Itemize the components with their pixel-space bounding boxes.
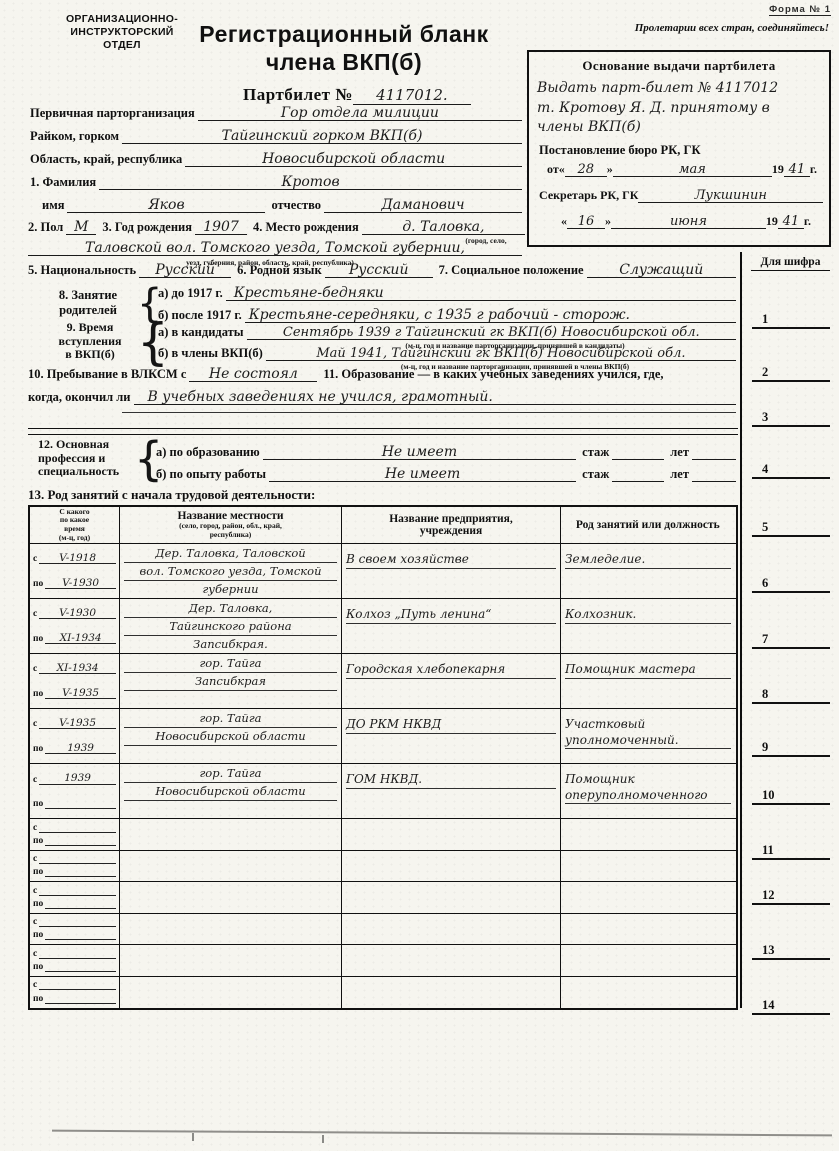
komsomol-value: Не состоял xyxy=(189,367,317,382)
field-surname: 1. Фамилия Кротов xyxy=(30,175,522,190)
birth-place-value: д. Таловка, xyxy=(362,220,525,235)
candidate-label: а) в кандидаты xyxy=(158,325,247,340)
surname-label: 1. Фамилия xyxy=(30,175,99,190)
registration-form-page: ОРГАНИЗАЦИОННО- ИНСТРУКТОРСКИЙ ОТДЕЛ Фор… xyxy=(0,0,839,1151)
field-raikom: Райком, горком Тайгинский горком ВКП(б) xyxy=(30,129,522,144)
joining-label-line2: вступления xyxy=(42,335,138,349)
profession-exp-label: б) по опыту работы xyxy=(156,467,269,482)
profession-label-line3: специальность xyxy=(38,465,138,479)
table-row: сV-1930 поXI-1934 Дер. Таловка, Тайгинск… xyxy=(30,599,736,654)
education-value: В учебных заведениях не учился, грамотны… xyxy=(134,390,736,405)
cipher-number: 8 xyxy=(752,687,830,704)
dept-header: ОРГАНИЗАЦИОННО- ИНСТРУКТОРСКИЙ ОТДЕЛ xyxy=(52,13,192,52)
birth-year-label: 3. Год рождения xyxy=(96,220,195,235)
cipher-number: 11 xyxy=(752,843,830,860)
occupation-cell: Помощник оперуполномоченного xyxy=(561,764,735,818)
to-value: XI-1934 xyxy=(45,633,116,645)
time-cell: сXI-1934 поV-1935 xyxy=(30,654,120,708)
time-cell: сV-1918 поV-1930 xyxy=(30,544,120,598)
member-row: б) в члены ВКП(б) Май 1941, Тайгинский г… xyxy=(158,346,736,361)
table-row-empty: с по xyxy=(30,977,736,1009)
cipher-number: 12 xyxy=(752,888,830,905)
place-cell: Дер. Таловка, Таловской вол. Томского уе… xyxy=(120,544,342,598)
member-value: Май 1941, Тайгинский гк ВКП(б) Новосибир… xyxy=(266,347,736,361)
field-oblast: Область, край, республика Новосибирской … xyxy=(30,152,522,167)
occupation-cell: Земледелие. xyxy=(561,544,735,598)
joining-label-line1: 9. Время xyxy=(42,321,138,335)
native-lang-label: 6. Родной язык xyxy=(231,263,325,278)
po-label: по xyxy=(33,689,43,699)
education-label1: 11. Образование — в каких учебных заведе… xyxy=(317,367,666,382)
field-primary-org: Первичная парторганизация Гор отдела мил… xyxy=(30,106,522,121)
dept-line3: ОТДЕЛ xyxy=(52,39,192,52)
patronymic-label: отчество xyxy=(265,198,324,213)
staj-label: стаж xyxy=(576,467,612,482)
birth-place-value2: Таловской вол. Томского уезда, Томской г… xyxy=(28,241,522,256)
scan-artifact-line xyxy=(52,1130,832,1137)
table-row: сXI-1934 поV-1935 гор. Тайга Запсибкрая … xyxy=(30,654,736,709)
joining-label: 9. Время вступления в ВКП(б) xyxy=(42,321,138,362)
to-value: V-1935 xyxy=(45,688,116,700)
sex-value: М xyxy=(66,220,96,235)
col-occupation-header: Род занятий или должность xyxy=(561,507,735,543)
year-prefix: 19 xyxy=(772,162,784,177)
komsomol-row: 10. Пребывание в ВЛКСМ с Не состоял 11. … xyxy=(28,367,736,382)
issue-note-line3: члены ВКП(б) xyxy=(537,118,823,138)
org-cell: Городская хлебопекарня xyxy=(342,654,561,708)
profession-exp-value: Не имеет xyxy=(269,467,576,482)
place-cell: гор. Тайга Запсибкрая xyxy=(120,654,342,708)
profession-edu-value: Не имеет xyxy=(263,445,576,460)
resolution-date-row: от « 28 » мая 19 41 г. xyxy=(547,162,817,177)
place-cell: гор. Тайга Новосибирской области xyxy=(120,709,342,763)
birth-place-label: 4. Место рождения xyxy=(247,220,362,235)
joining-brace: { xyxy=(137,313,169,371)
name-value: Яков xyxy=(67,198,265,213)
partbilet-label: Партбилет № xyxy=(243,85,353,105)
staj-label: стаж xyxy=(576,445,612,460)
cipher-number: 4 xyxy=(752,462,830,479)
org-cell: Колхоз „Путь ленина“ xyxy=(342,599,561,653)
issue-box-title: Основание выдачи партбилета xyxy=(529,58,829,74)
let-value-blank xyxy=(692,459,736,460)
time-cell: сV-1930 поXI-1934 xyxy=(30,599,120,653)
cipher-number: 7 xyxy=(752,632,830,649)
to-value: 1939 xyxy=(45,743,116,755)
occupation-cell: Колхозник. xyxy=(561,599,735,653)
primary-org-label: Первичная парторганизация xyxy=(30,106,198,121)
col-time-header: С какого по какое время (м-ц, год) xyxy=(30,507,120,543)
cipher-column: Для шифра 1 2 3 4 5 6 7 8 9 10 11 12 13 … xyxy=(740,252,839,1008)
parents-label-line1: 8. Занятие xyxy=(38,288,138,303)
cipher-number: 6 xyxy=(752,576,830,593)
nationality-label: 5. Национальность xyxy=(28,263,139,278)
staj-value-blank xyxy=(612,459,664,460)
org-cell: В своем хозяйстве xyxy=(342,544,561,598)
po-label: по xyxy=(33,579,43,589)
table-row-empty: с по xyxy=(30,945,736,977)
education-label2: когда, окончил ли xyxy=(28,390,134,405)
from-value: V-1935 xyxy=(39,718,116,730)
patronymic-value: Даманович xyxy=(324,198,522,213)
cipher-number: 1 xyxy=(752,312,830,329)
candidate-value: Сентябрь 1939 г Тайгинский гк ВКП(б) Нов… xyxy=(247,326,736,340)
native-lang-value: Русский xyxy=(325,263,433,278)
resolution-year: 41 xyxy=(784,163,810,177)
resolution-day: 28 xyxy=(565,163,607,177)
partbilet-row: Партбилет № 4117012. xyxy=(243,85,471,105)
time-cell: сV-1935 по1939 xyxy=(30,709,120,763)
parents-before-row: а) до 1917 г. Крестьяне-бедняки xyxy=(158,286,736,301)
from-value: 1939 xyxy=(39,773,116,785)
primary-org-value: Гор отдела милиции xyxy=(198,106,522,121)
blank-rule xyxy=(122,412,736,413)
let-label: лет xyxy=(664,445,692,460)
org-cell: ГОМ НКВД. xyxy=(342,764,561,818)
form-number: Форма № 1 xyxy=(769,4,831,16)
social-value: Служащий xyxy=(587,263,736,278)
parents-before-value: Крестьяне-бедняки xyxy=(226,286,736,301)
resolution-label: Постановление бюро РК, ГК xyxy=(539,143,701,158)
field-birth-place2: Таловской вол. Томского уезда, Томской г… xyxy=(28,241,522,256)
from-value: V-1930 xyxy=(39,608,116,620)
cipher-header: Для шифра xyxy=(751,256,830,271)
let-label: лет xyxy=(664,467,692,482)
page-title-line1: Регистрационный бланк xyxy=(183,20,505,48)
col-org-header: Название предприятия, учреждения xyxy=(342,507,561,543)
org-cell: ДО РКМ НКВД xyxy=(342,709,561,763)
occupation-cell: Помощник мастера xyxy=(561,654,735,708)
profession-label-line1: 12. Основная xyxy=(38,438,138,452)
candidate-row: а) в кандидаты Сентябрь 1939 г Тайгински… xyxy=(158,325,736,340)
cipher-number: 14 xyxy=(752,998,830,1015)
komsomol-label: 10. Пребывание в ВЛКСМ с xyxy=(28,367,189,382)
g-label: г. xyxy=(804,214,811,229)
issue-note-line2: т. Кротову Я. Д. принятому в xyxy=(537,99,823,119)
table-row-empty: с по xyxy=(30,851,736,883)
education-row: когда, окончил ли В учебных заведениях н… xyxy=(28,390,736,405)
issue-basis-box: Основание выдачи партбилета Выдать парт-… xyxy=(527,50,831,247)
issue-day: 16 xyxy=(567,215,605,229)
surname-value: Кротов xyxy=(99,175,522,190)
raikom-value: Тайгинский горком ВКП(б) xyxy=(122,129,522,144)
member-label: б) в члены ВКП(б) xyxy=(158,346,266,361)
issue-date-row: « 16 » июня 19 41 г. xyxy=(561,214,811,229)
table-row-empty: с по xyxy=(30,914,736,946)
let-value-blank xyxy=(692,481,736,482)
field-nationality-row: 5. Национальность Русский 6. Родной язык… xyxy=(28,263,736,278)
to-value xyxy=(45,808,116,809)
table-header: С какого по какое время (м-ц, год) Назва… xyxy=(30,507,736,544)
table-row: с1939 по гор. Тайга Новосибирской област… xyxy=(30,764,736,819)
from-value: V-1918 xyxy=(39,553,116,565)
field-name-patronymic: имя Яков отчество Даманович xyxy=(42,198,522,213)
sex-label: 2. Пол xyxy=(28,220,66,235)
from-value: XI-1934 xyxy=(39,663,116,675)
s-label: с xyxy=(33,609,37,619)
profession-edu-row: а) по образованию Не имеет стаж лет xyxy=(156,445,736,460)
table-row: сV-1918 поV-1930 Дер. Таловка, Таловской… xyxy=(30,544,736,599)
cipher-number: 13 xyxy=(752,943,830,960)
scan-artifact-tick xyxy=(192,1133,194,1141)
oblast-label: Область, край, республика xyxy=(30,152,185,167)
s-label: с xyxy=(33,775,37,785)
table-row-empty: с по xyxy=(30,819,736,851)
field-sex-birth: 2. Пол М 3. Год рождения 1907 4. Место р… xyxy=(28,220,525,235)
social-label: 7. Социальное положение xyxy=(433,263,587,278)
col-place-header: Название местности (село, город, район, … xyxy=(120,507,342,543)
motto: Пролетарии всех стран, соединяйтесь! xyxy=(635,22,829,34)
parents-after-label: б) после 1917 г. xyxy=(158,308,245,323)
dept-line2: ИНСТРУКТОРСКИЙ xyxy=(52,26,192,39)
page-title-line2: члена ВКП(б) xyxy=(183,48,505,76)
profession-label-line2: профессия и xyxy=(38,452,138,466)
place-cell: гор. Тайга Новосибирской области xyxy=(120,764,342,818)
staj-value-blank xyxy=(612,481,664,482)
profession-label: 12. Основная профессия и специальность xyxy=(38,438,138,479)
raikom-label: Райком, горком xyxy=(30,129,122,144)
parents-label-line2: родителей xyxy=(38,303,138,318)
scan-artifact-tick xyxy=(322,1135,324,1143)
occupations-title: 13. Род занятий с начала трудовой деятел… xyxy=(28,487,315,503)
secretary-label: Секретарь РК, ГК xyxy=(539,188,638,203)
parents-label: 8. Занятие родителей xyxy=(38,288,138,318)
page-title: Регистрационный бланк члена ВКП(б) xyxy=(183,20,505,76)
issue-note-line1: Выдать парт-билет № 4117012 xyxy=(537,79,823,99)
cipher-number: 9 xyxy=(752,740,830,757)
birth-year-value: 1907 xyxy=(195,220,247,235)
cipher-number: 2 xyxy=(752,365,830,382)
resolution-month: мая xyxy=(613,163,772,177)
parents-after-row: б) после 1917 г. Крестьяне-середняки, с … xyxy=(158,308,736,323)
s-label: с xyxy=(33,719,37,729)
parents-before-label: а) до 1917 г. xyxy=(158,286,226,301)
secretary-signature: Лукшинин xyxy=(638,189,823,203)
parents-after-value: Крестьяне-середняки, с 1935 г рабочий - … xyxy=(245,308,736,323)
oblast-value: Новосибирской области xyxy=(185,152,522,167)
occupations-table: С какого по какое время (м-ц, год) Назва… xyxy=(28,505,738,1010)
po-label: по xyxy=(33,634,43,644)
nationality-value: Русский xyxy=(139,263,231,278)
joining-label-line3: в ВКП(б) xyxy=(42,348,138,362)
profession-exp-row: б) по опыту работы Не имеет стаж лет xyxy=(156,467,736,482)
table-row: сV-1935 по1939 гор. Тайга Новосибирской … xyxy=(30,709,736,764)
po-label: по xyxy=(33,744,43,754)
issue-year: 41 xyxy=(778,215,804,229)
cipher-number: 3 xyxy=(752,410,830,427)
s-label: с xyxy=(33,554,37,564)
table-row-empty: с по xyxy=(30,882,736,914)
occupation-cell: Участковый уполномоченный. xyxy=(561,709,735,763)
cipher-number: 10 xyxy=(752,788,830,805)
issue-note: Выдать парт-билет № 4117012 т. Кротову Я… xyxy=(537,79,823,138)
profession-edu-label: а) по образованию xyxy=(156,445,263,460)
secretary-row: Секретарь РК, ГК Лукшинин xyxy=(539,188,823,203)
dept-line1: ОРГАНИЗАЦИОННО- xyxy=(52,13,192,26)
place-cell: Дер. Таловка, Тайгинского района Запсибк… xyxy=(120,599,342,653)
ot-label: от xyxy=(547,162,559,177)
partbilet-number: 4117012. xyxy=(353,86,471,105)
po-label: по xyxy=(33,799,43,809)
year-prefix: 19 xyxy=(766,214,778,229)
issue-month: июня xyxy=(611,215,766,229)
g-label: г. xyxy=(810,162,817,177)
name-label: имя xyxy=(42,198,67,213)
to-value: V-1930 xyxy=(45,578,116,590)
cipher-number: 5 xyxy=(752,520,830,537)
time-cell: с1939 по xyxy=(30,764,120,818)
s-label: с xyxy=(33,664,37,674)
